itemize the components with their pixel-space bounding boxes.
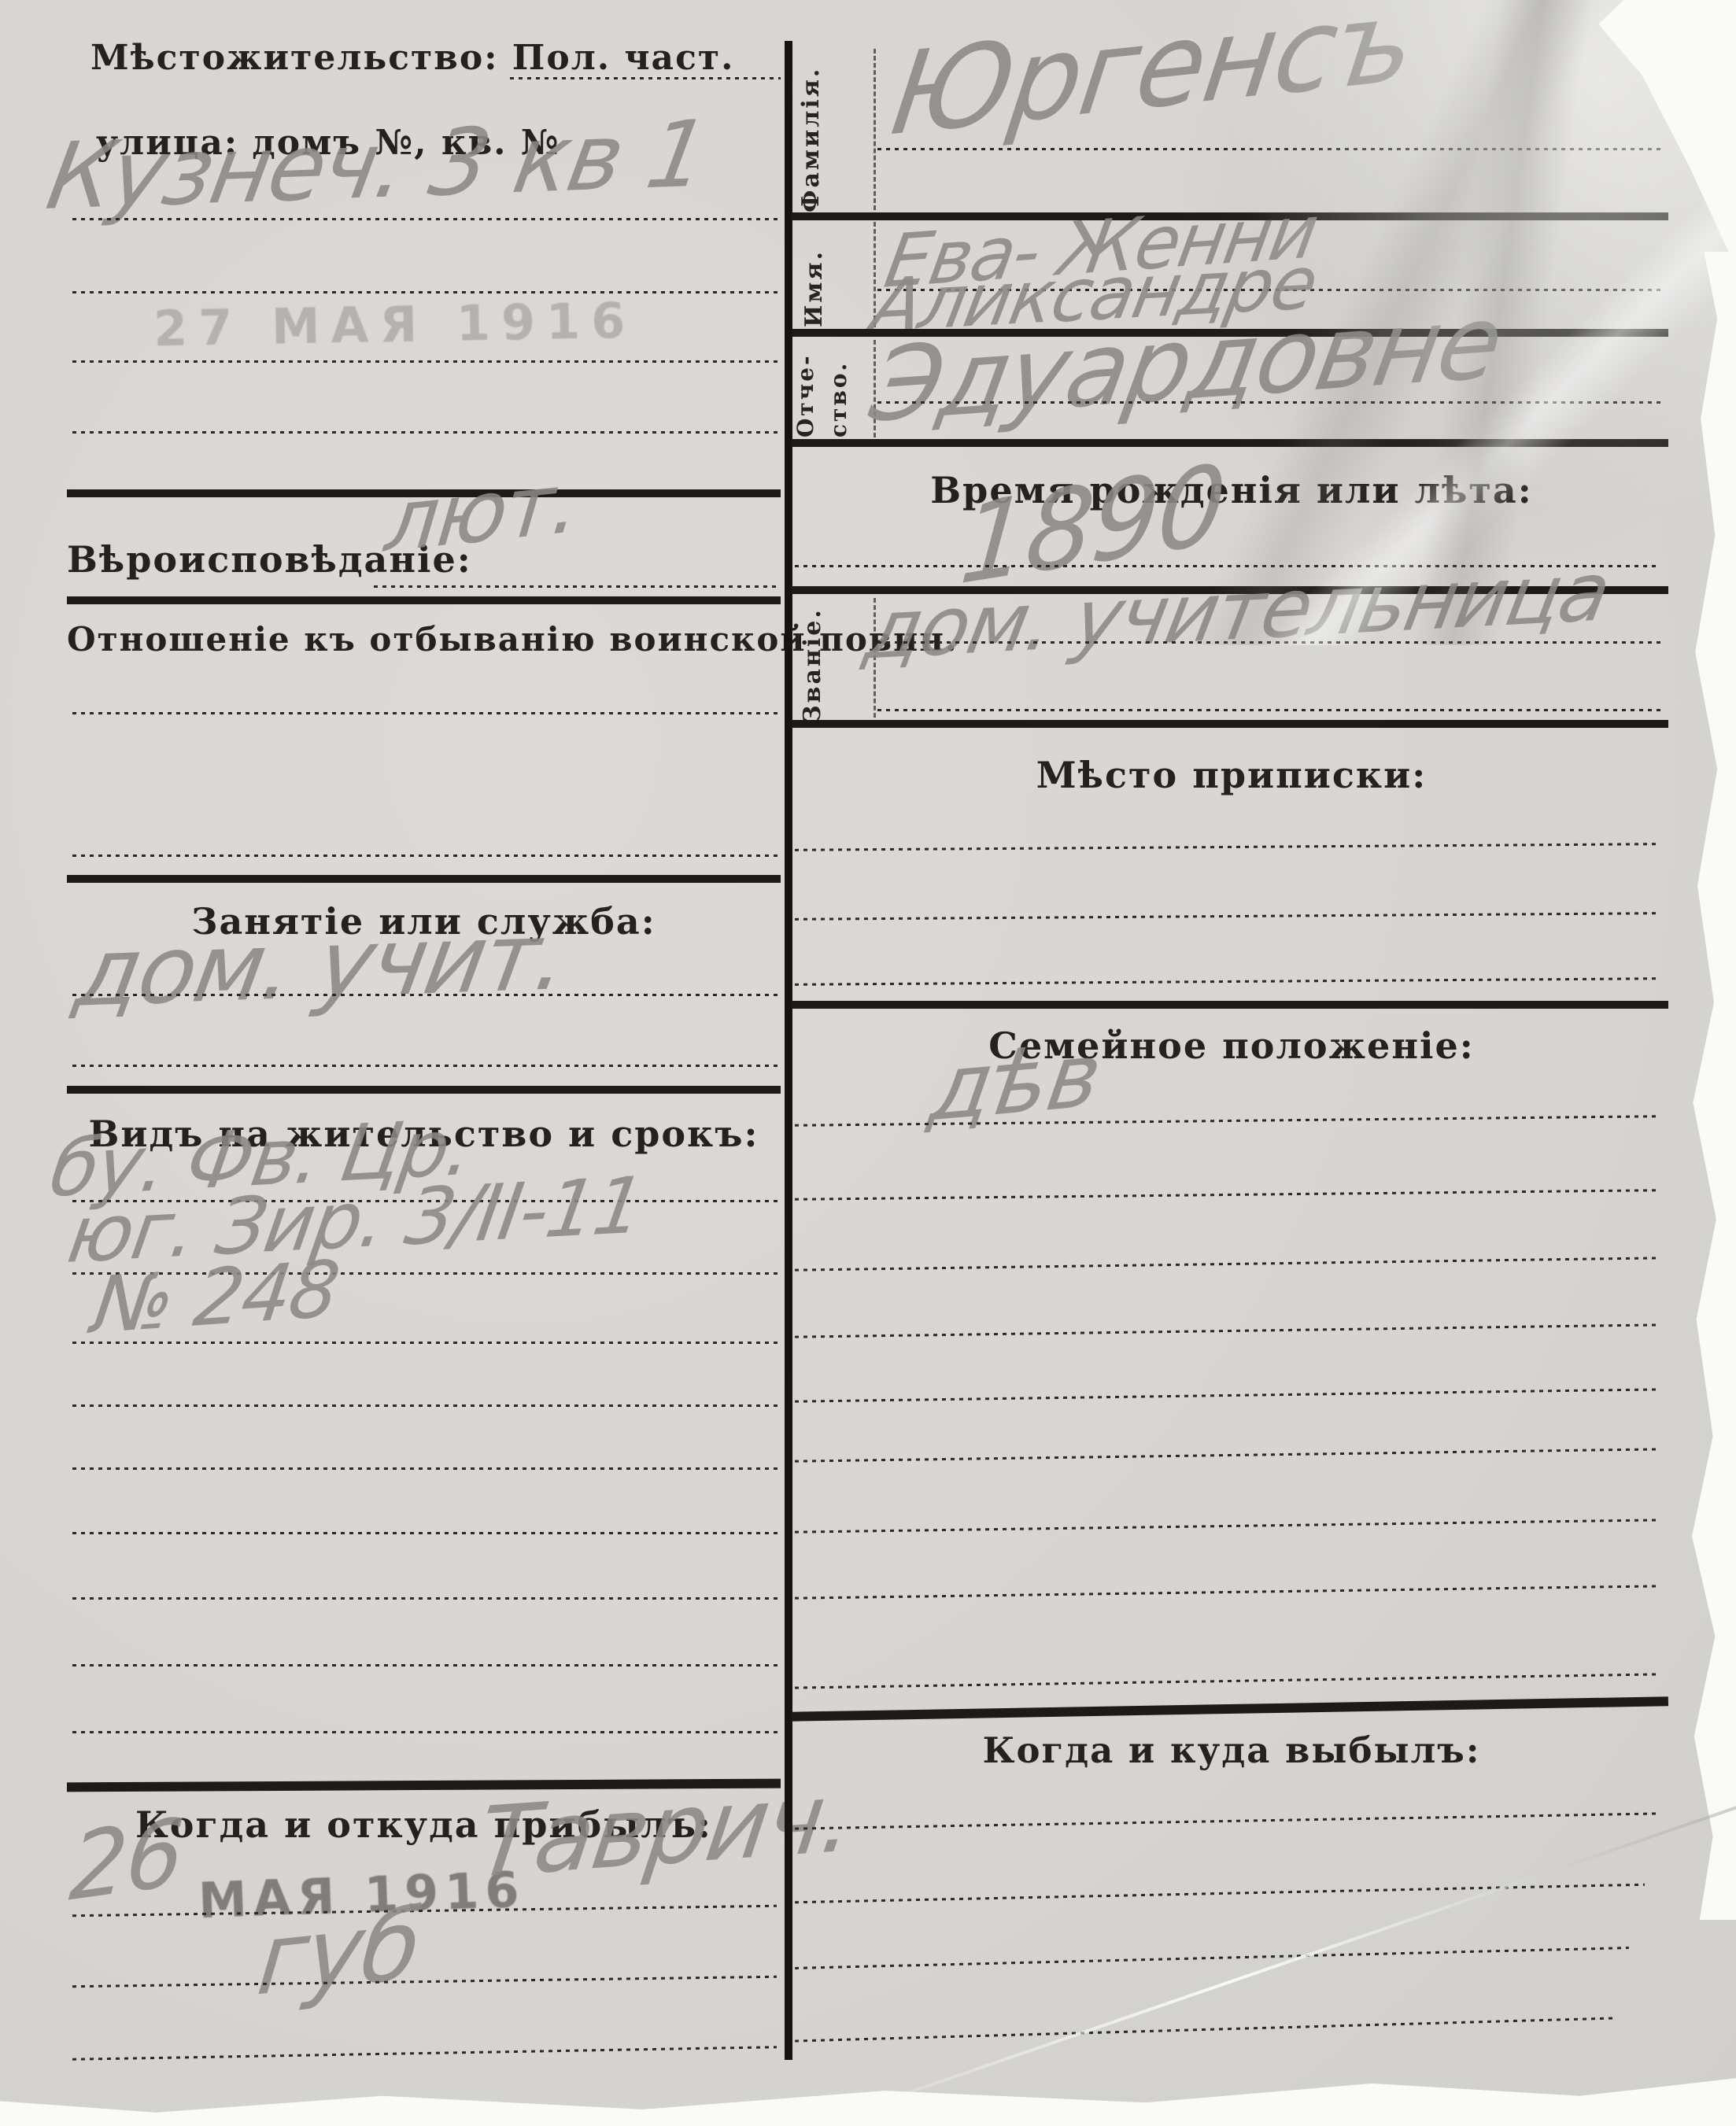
patronymic-label-line1: Отче- [795, 345, 817, 437]
ruled-line [795, 1115, 1660, 1127]
ruled-line [72, 1065, 781, 1067]
ruled-line [795, 1448, 1660, 1462]
ruled-line [795, 977, 1660, 986]
patronymic-label-line2: ство. [828, 345, 850, 437]
ruled-line [795, 912, 1660, 921]
ruled-line [795, 843, 1660, 851]
ruled-line [795, 1585, 1660, 1599]
ruled-line [795, 1189, 1660, 1201]
occupation-handwritten-value: дом. учит. [69, 910, 574, 1020]
ruled-line [72, 1664, 781, 1666]
firstname-label: Имя. [803, 233, 826, 327]
ruled-line [72, 1597, 781, 1600]
arrived-day-handwritten: 26 [67, 1807, 185, 1915]
ruled-line [795, 1947, 1629, 1969]
section-divider [792, 1001, 1668, 1009]
ruled-line [795, 1673, 1660, 1689]
registration-place-header: Мѣсто приписки: [795, 757, 1668, 793]
ruled-line [72, 431, 781, 434]
arrived-place-handwritten-line2: губ [253, 1895, 424, 2010]
ruled-line [795, 1812, 1660, 1829]
ruled-line [72, 218, 781, 220]
family-status-handwritten-value: дѣв [925, 1030, 1106, 1135]
section-divider [792, 1696, 1668, 1721]
torn-edge-bottom [0, 2074, 1736, 2126]
ruled-line [72, 854, 781, 857]
ruled-line [72, 1731, 781, 1733]
rank-label: Званіе. [801, 612, 825, 722]
section-divider [67, 596, 781, 604]
surname-label: Фамилія. [800, 63, 823, 212]
date-stamp-faint: 27 МАЯ 1916 [153, 297, 637, 354]
section-divider [792, 720, 1668, 728]
ruled-line [72, 994, 781, 996]
ruled-line [795, 1388, 1660, 1402]
arrived-place-handwritten-line1: Таврич. [472, 1768, 859, 1892]
departed-header: Когда и куда выбылъ: [795, 1733, 1668, 1768]
street-handwritten-value: Кузнеч. 3 кв 1 [41, 109, 713, 223]
ruled-line [877, 641, 1660, 644]
ruled-line [877, 148, 1660, 150]
registration-card-scan: Мѣстожительство: Пол. част. улица: домъ … [0, 0, 1736, 2126]
ruled-line [795, 1323, 1660, 1338]
label-cell-separator [874, 49, 876, 210]
family-status-header: Семейное положеніе: [795, 1028, 1668, 1064]
ruled-line [72, 712, 781, 714]
ruled-line [72, 360, 781, 363]
section-divider [67, 875, 781, 883]
residence-dotted-tail [510, 77, 781, 79]
residence-label: Мѣстожительство: Пол. част. [90, 41, 734, 76]
ruled-line [72, 1532, 781, 1534]
ruled-line [795, 2017, 1613, 2042]
torn-corner-top-right [1555, 0, 1736, 268]
ruled-line [795, 1257, 1660, 1271]
paper-sheet: Мѣстожительство: Пол. част. улица: домъ … [0, 0, 1736, 2126]
birth-header: Время рожденія или лѣта: [795, 472, 1668, 508]
religion-handwritten-value: лют. [382, 460, 582, 565]
torn-edge-right [1681, 252, 1736, 1920]
column-divider [785, 41, 792, 2060]
ruled-line [795, 1884, 1645, 1904]
ruled-line [72, 2046, 777, 2061]
permit-handwritten-line3: № 248 [88, 1250, 342, 1345]
ruled-line [72, 1976, 777, 1988]
ruled-line [877, 401, 1660, 404]
ruled-line [72, 1467, 781, 1470]
ruled-line [72, 1342, 781, 1344]
religion-dotted-line [374, 585, 781, 588]
surname-handwritten-value: Юргенсъ [885, 0, 1420, 153]
ruled-line [72, 1404, 781, 1407]
ruled-line [877, 709, 1660, 711]
ruled-line [795, 1519, 1660, 1533]
section-divider [792, 439, 1668, 447]
ruled-line [72, 291, 781, 293]
section-divider [67, 1086, 781, 1094]
